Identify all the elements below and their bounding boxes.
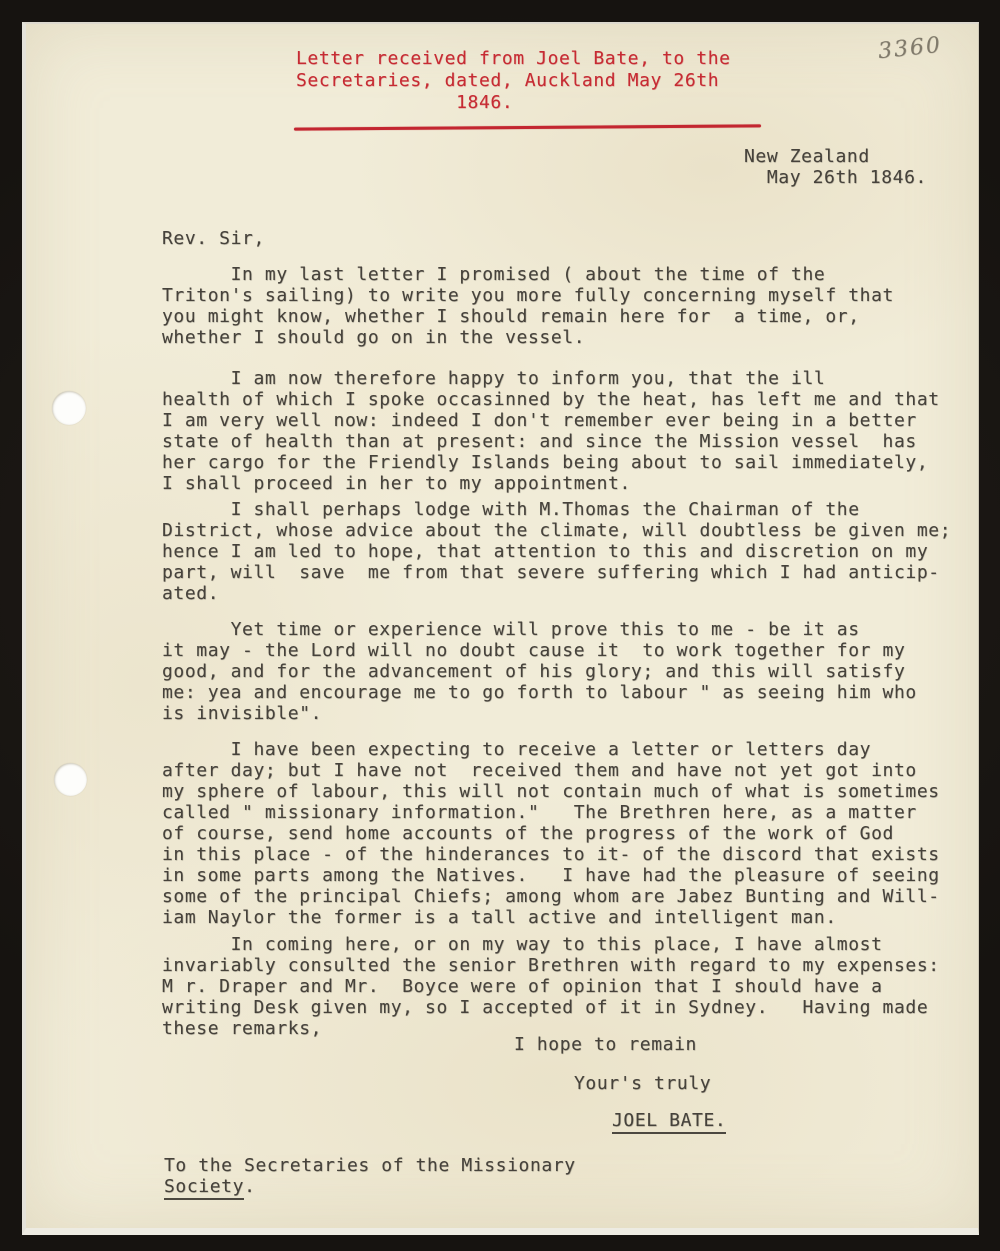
addressee-line-1: To the Secretaries of the Missionary <box>164 1155 576 1176</box>
paragraph-5: I have been expecting to receive a lette… <box>162 739 940 928</box>
signature: JOEL BATE. <box>612 1110 726 1134</box>
punch-hole-bottom <box>54 763 87 796</box>
catalog-number: 3360 <box>877 33 943 65</box>
paragraph-1: In my last letter I promised ( about the… <box>162 264 894 348</box>
paragraph-4: Yet time or experience will prove this t… <box>162 619 917 724</box>
letter-page: 3360 Letter received from Joel Bate, to … <box>22 22 979 1235</box>
archivist-title: Letter received from Joel Bate, to the S… <box>296 48 731 114</box>
scan-background: 3360 Letter received from Joel Bate, to … <box>0 0 1000 1251</box>
closing-line: I hope to remain <box>514 1034 697 1055</box>
paragraph-3: I shall perhaps lodge with M.Thomas the … <box>162 499 951 604</box>
paragraph-6: In coming here, or on my way to this pla… <box>162 934 940 1039</box>
addressee-line-2: Society. <box>164 1176 256 1197</box>
addressee-period: . <box>244 1176 255 1197</box>
red-underline-rule <box>294 124 761 130</box>
salutation: Rev. Sir, <box>162 228 265 249</box>
valediction: Your's truly <box>574 1073 711 1094</box>
addressee-society: Society <box>164 1176 244 1200</box>
paragraph-2: I am now therefore happy to inform you, … <box>162 368 940 494</box>
dateline: New Zealand May 26th 1846. <box>744 146 927 188</box>
punch-hole-top <box>52 391 86 425</box>
